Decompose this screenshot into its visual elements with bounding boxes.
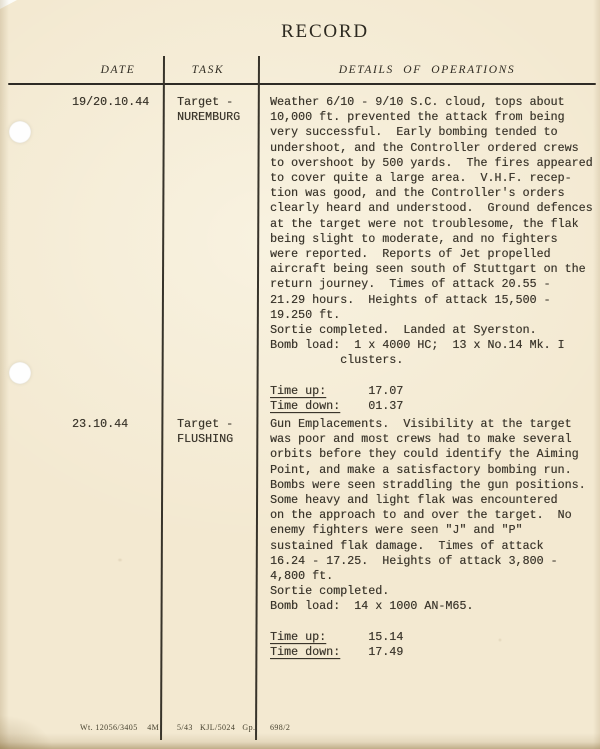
column-divider-2 <box>255 56 260 740</box>
footer-print-code: Wt. 12056/3405 4M <box>80 723 159 732</box>
details-line: clearly heard and understood. Ground def… <box>270 201 593 216</box>
details-line: Bomb load: 1 x 4000 HC; 13 x No.14 Mk. I <box>270 338 593 353</box>
details-line: enemy fighters were seen "J" and "P" <box>270 523 586 538</box>
details-line: was poor and most crews had to make seve… <box>270 432 586 447</box>
record-sheet: RECORD DATE TASK DETAILS OF OPERATIONS 1… <box>0 0 600 749</box>
column-divider-1 <box>160 56 165 740</box>
punch-hole-top <box>9 121 31 143</box>
time-label: Time down: <box>270 399 340 413</box>
details-line: Sortie completed. <box>270 584 586 599</box>
footer-batch-code: 5/43 KJL/5024 Gp. <box>177 723 255 732</box>
task-line: FLUSHING <box>177 432 233 447</box>
details-line: Bombs were seen straddling the gun posit… <box>270 478 586 493</box>
details-line: Bomb load: 14 x 1000 AN-M65. <box>270 599 586 614</box>
header-rule <box>8 83 596 85</box>
details-cell: Weather 6/10 - 9/10 S.C. cloud, tops abo… <box>270 95 593 414</box>
column-header-task: TASK <box>192 64 224 76</box>
details-line: undershoot, and the Controller ordered c… <box>270 141 593 156</box>
details-line: to cover quite a large area. V.H.F. rece… <box>270 171 593 186</box>
details-line: tion was good, and the Controller's orde… <box>270 186 593 201</box>
details-line: Gun Emplacements. Visibility at the targ… <box>270 417 586 432</box>
details-line: clusters. <box>270 353 593 368</box>
punch-hole-bottom <box>9 362 31 384</box>
date-cell: 19/20.10.44 <box>72 95 149 110</box>
details-line: sustained flak damage. Times of attack <box>270 539 586 554</box>
time-line: Time down: 01.37 <box>270 399 593 414</box>
scan-corner-notch <box>0 0 17 9</box>
task-line: Target - <box>177 417 233 432</box>
details-line: orbits before they could identify the Ai… <box>270 447 586 462</box>
time-label: Time down: <box>270 645 340 659</box>
task-cell: Target -NUREMBURG <box>177 95 240 125</box>
blank-line <box>270 369 593 384</box>
details-line: at the target were not troublesome, the … <box>270 217 593 232</box>
time-line: Time up: 17.07 <box>270 384 593 399</box>
details-line: very successful. Early bombing tended to <box>270 125 593 140</box>
details-line: Some heavy and light flak was encountere… <box>270 493 586 508</box>
details-line: being slight to moderate, and no fighter… <box>270 232 593 247</box>
details-line: aircraft being seen south of Stuttgart o… <box>270 262 593 277</box>
time-label: Time up: <box>270 384 326 398</box>
footer-form-number: 698/2 <box>270 723 290 732</box>
time-line: Time down: 17.49 <box>270 645 586 660</box>
details-line: Point, and make a satisfactory bombing r… <box>270 463 586 478</box>
details-line: 4,800 ft. <box>270 569 586 584</box>
task-line: NUREMBURG <box>177 110 240 125</box>
time-label: Time up: <box>270 630 326 644</box>
task-cell: Target -FLUSHING <box>177 417 233 447</box>
details-line: 10,000 ft. prevented the attack from bei… <box>270 110 593 125</box>
time-line: Time up: 15.14 <box>270 630 586 645</box>
task-line: Target - <box>177 95 240 110</box>
details-line: 21.29 hours. Heights of attack 15,500 - <box>270 293 593 308</box>
details-line: return journey. Times of attack 20.55 - <box>270 277 593 292</box>
details-line: Sortie completed. Landed at Syerston. <box>270 323 593 338</box>
column-header-date: DATE <box>101 64 136 76</box>
date-cell: 23.10.44 <box>72 417 128 432</box>
details-line: 16.24 - 17.25. Heights of attack 3,800 - <box>270 554 586 569</box>
blank-line <box>270 615 586 630</box>
details-line: on the approach to and over the target. … <box>270 508 586 523</box>
column-header-details: DETAILS OF OPERATIONS <box>339 64 515 76</box>
page-title: RECORD <box>25 21 600 43</box>
details-cell: Gun Emplacements. Visibility at the targ… <box>270 417 586 660</box>
details-line: were reported. Reports of Jet propelled <box>270 247 593 262</box>
details-line: 19.250 ft. <box>270 308 593 323</box>
details-line: Weather 6/10 - 9/10 S.C. cloud, tops abo… <box>270 95 593 110</box>
details-line: to overshoot by 500 yards. The fires app… <box>270 156 593 171</box>
